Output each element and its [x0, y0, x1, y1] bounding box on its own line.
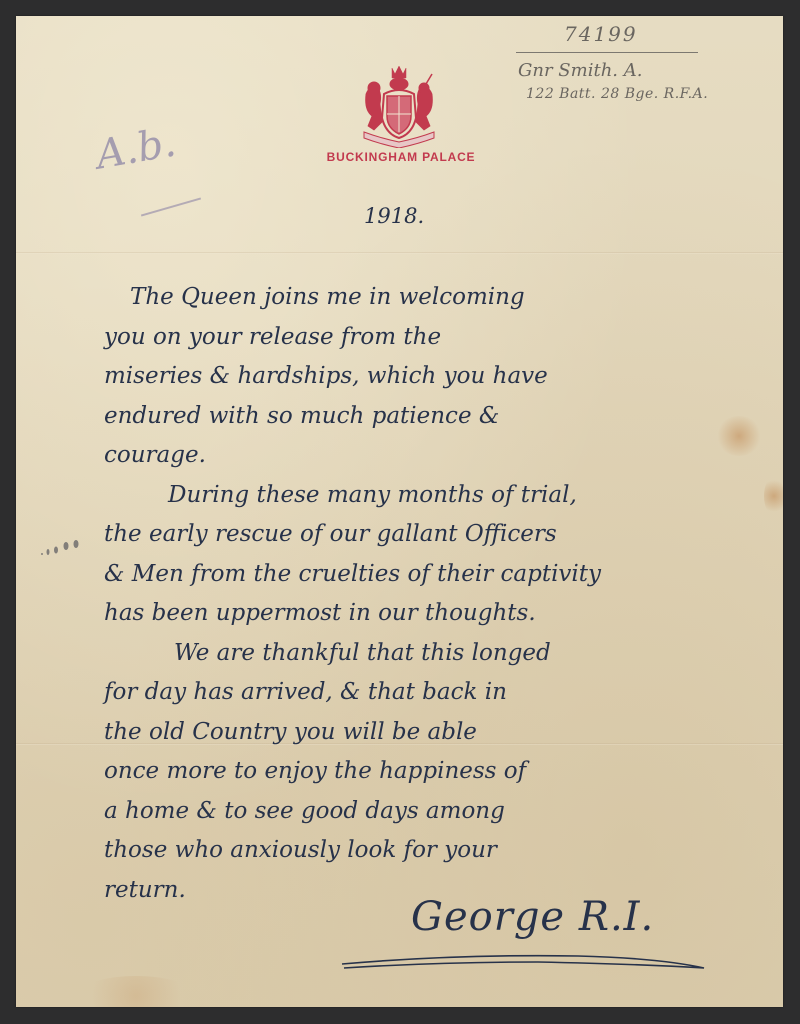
reference-underline	[516, 52, 698, 53]
foxing-stain	[76, 976, 196, 1007]
letter-body: The Queen joins me in welcoming you on y…	[104, 278, 764, 910]
recipient-name: Gnr Smith. A.	[518, 60, 642, 81]
text-line: has been uppermost in our thoughts.	[104, 594, 764, 634]
ink-smudge	[40, 538, 84, 558]
text-line: a home & to see good days among	[104, 792, 764, 832]
paragraph: The Queen joins me in welcoming you on y…	[104, 278, 764, 476]
letterhead-title: BUCKINGHAM PALACE	[296, 150, 506, 164]
fold-line	[16, 252, 783, 254]
text-line: for day has arrived, & that back in	[104, 673, 764, 713]
letter-date: 1918.	[364, 204, 424, 228]
foxing-stain	[764, 476, 783, 516]
reference-number: 74199	[564, 22, 638, 46]
image-frame: BUCKINGHAM PALACE 74199 Gnr Smith. A. 12…	[0, 0, 800, 1024]
text-line: once more to enjoy the happiness of	[104, 752, 764, 792]
letter-paper: BUCKINGHAM PALACE 74199 Gnr Smith. A. 12…	[16, 16, 783, 1007]
pencil-mark: A.b.	[93, 119, 180, 178]
text-line: the early rescue of our gallant Officers	[104, 515, 764, 555]
text-line: During these many months of trial,	[104, 476, 764, 516]
text-line: miseries & hardships, which you have	[104, 357, 764, 397]
text-line: those who anxiously look for your	[104, 831, 764, 871]
signature-flourish	[338, 946, 708, 976]
paragraph: We are thankful that this longed for day…	[104, 634, 764, 911]
paragraph: During these many months of trial, the e…	[104, 476, 764, 634]
signature: George R.I.	[411, 894, 654, 940]
recipient-unit: 122 Batt. 28 Bge. R.F.A.	[526, 86, 708, 102]
royal-crest-icon	[360, 64, 438, 148]
text-line: The Queen joins me in welcoming	[104, 278, 764, 318]
text-line: endured with so much patience &	[104, 397, 764, 437]
pencil-stroke	[141, 197, 201, 216]
text-line: you on your release from the	[104, 318, 764, 358]
text-line: & Men from the cruelties of their captiv…	[104, 555, 764, 595]
text-line: We are thankful that this longed	[104, 634, 764, 674]
text-line: the old Country you will be able	[104, 713, 764, 753]
text-line: courage.	[104, 436, 764, 476]
